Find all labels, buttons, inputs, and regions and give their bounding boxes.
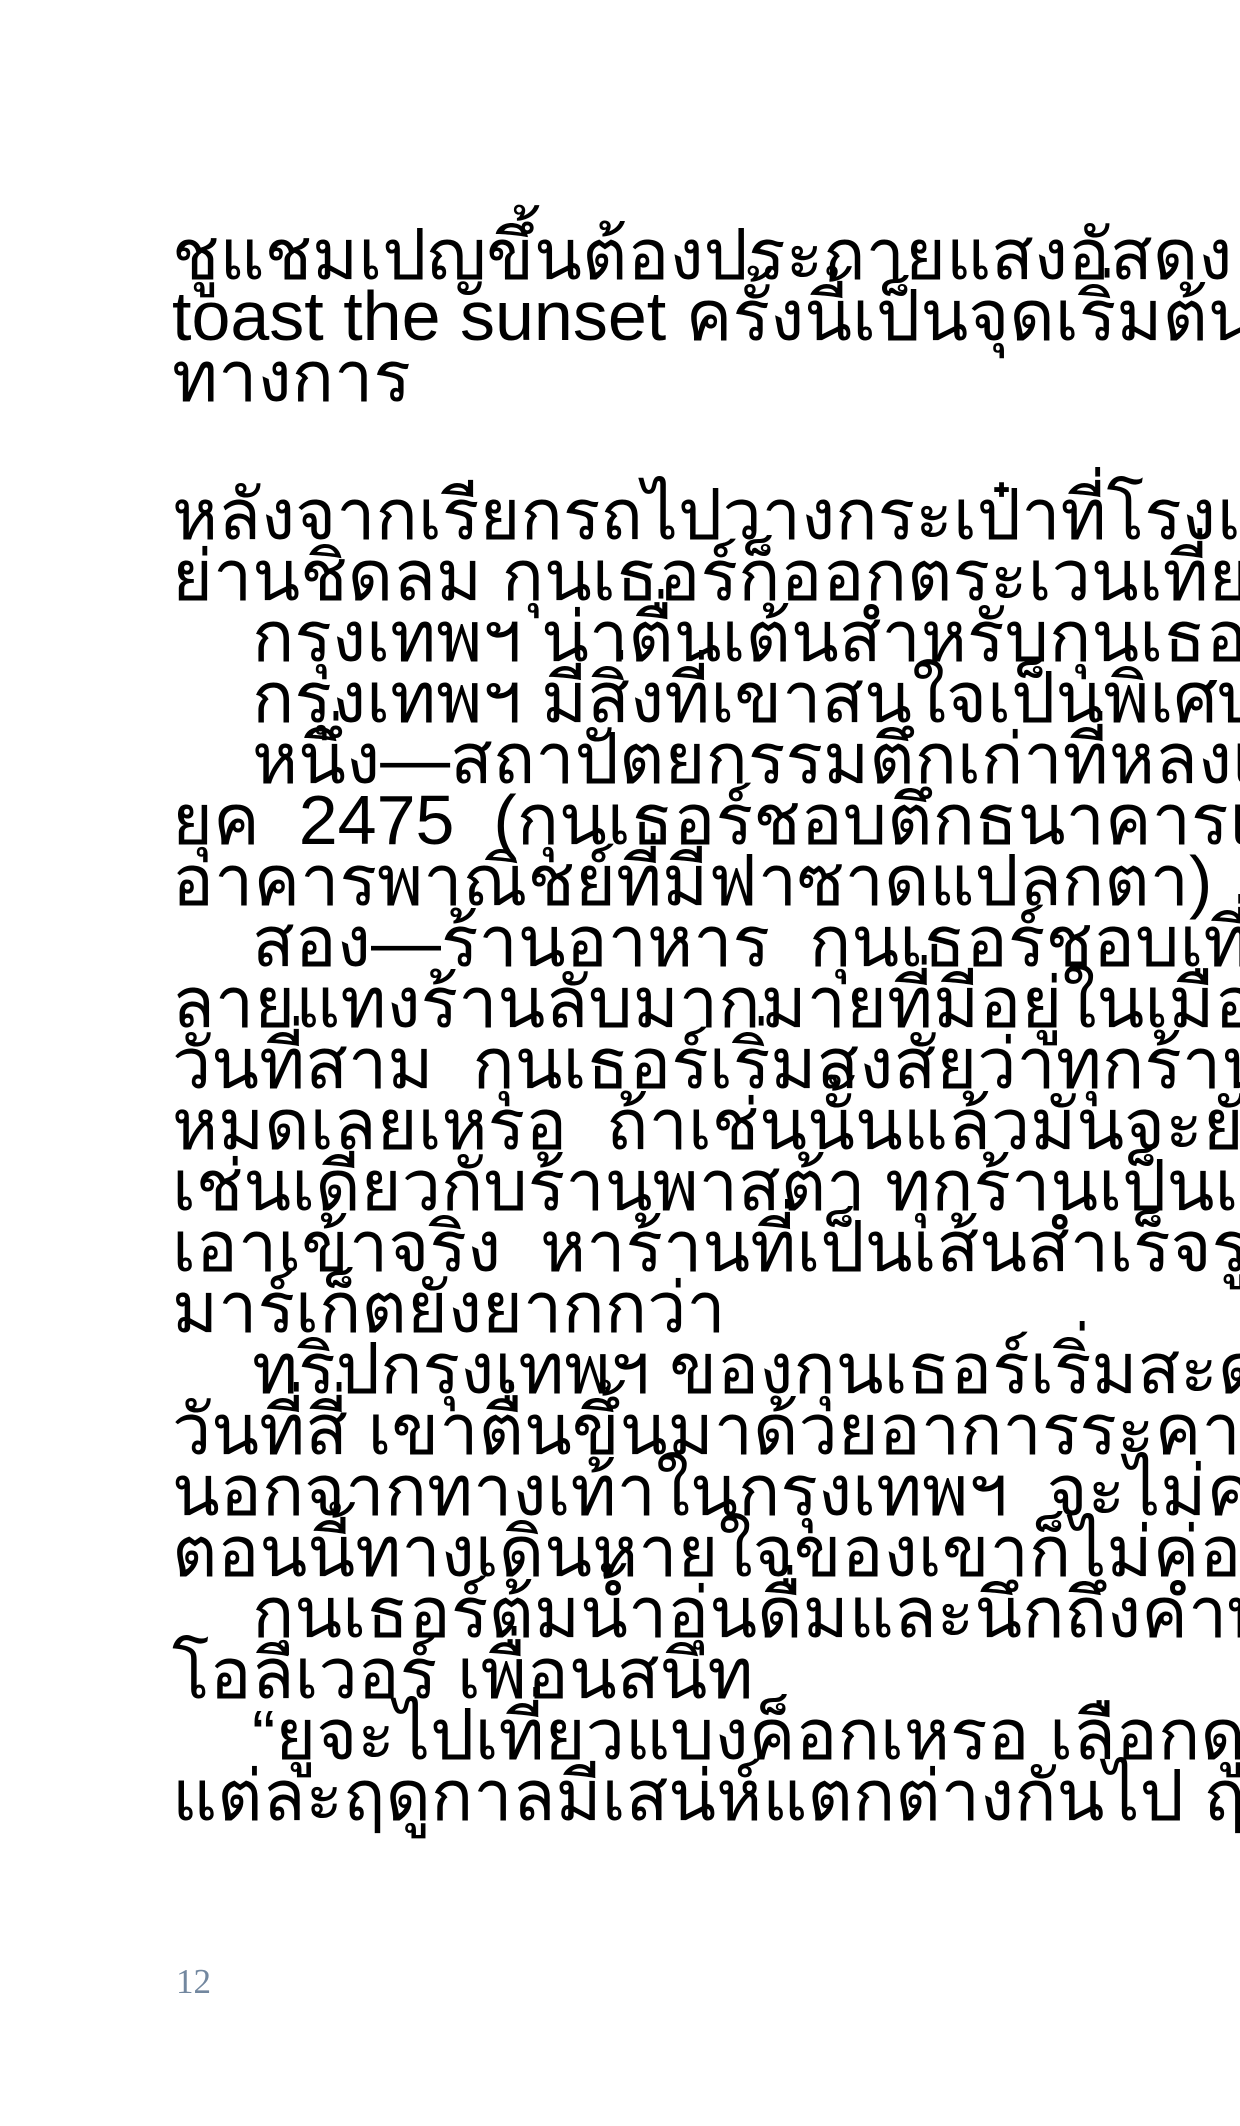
text-line: แต่ละฤดูกาลมีเสน่ห์แตกต่างกันไป ฤดูร้อนจ… — [172, 1766, 1182, 1827]
text-line: ทางการ — [172, 347, 1182, 408]
page-number: 12 — [176, 1962, 211, 2002]
text-block: ชูแชมเปญขึ้นต้องประกายแสงอัสดง หวังให้กา… — [172, 225, 1182, 1827]
book-page: ชูแชมเปญขึ้นต้องประกายแสงอัสดง หวังให้กา… — [0, 0, 1240, 2126]
